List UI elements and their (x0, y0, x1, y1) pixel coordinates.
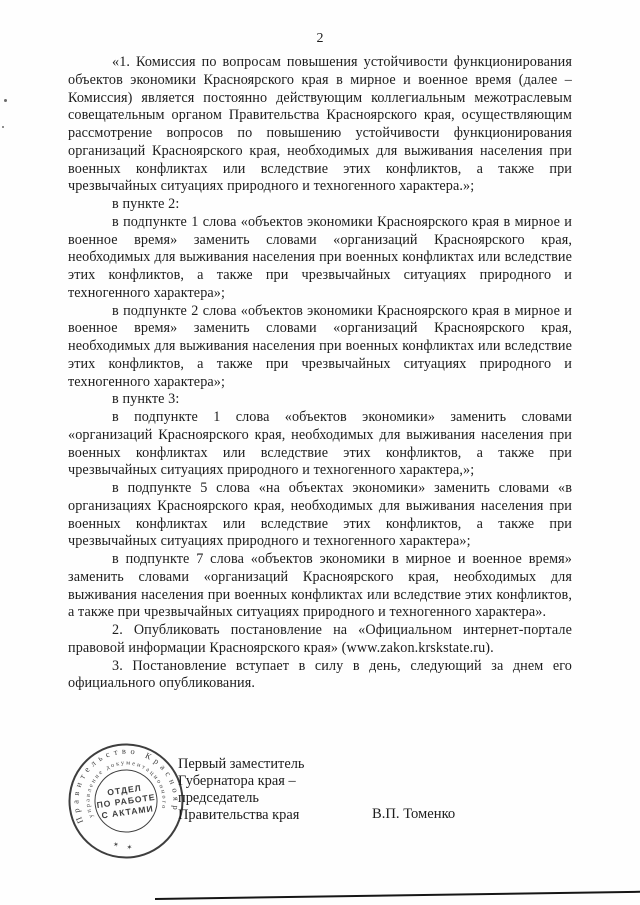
stamp-seal-icon: Правительство Красноярского края управле… (66, 741, 186, 861)
signatory-title-line: Первый заместитель (178, 756, 304, 773)
paragraph: в пункте 3: (68, 391, 572, 409)
page-number: 2 (0, 31, 640, 47)
scan-fold-line (155, 891, 640, 900)
paragraph: в подпункте 1 слова «объектов экономики»… (68, 409, 572, 480)
scan-speck (2, 126, 4, 128)
paragraph: 3. Постановление вступает в силу в день,… (68, 658, 572, 694)
paragraph: «1. Комиссия по вопросам повышения устой… (68, 54, 572, 196)
paragraph: в подпункте 5 слова «на объектах экономи… (68, 480, 572, 551)
signatory-name: В.П. Томенко (372, 806, 455, 823)
paragraph: в подпункте 1 слова «объектов экономики … (68, 214, 572, 303)
paragraph: 2. Опубликовать постановление на «Официа… (68, 622, 572, 658)
paragraph: в подпункте 7 слова «объектов экономики … (68, 551, 572, 622)
document-body: «1. Комиссия по вопросам повышения устой… (68, 54, 572, 693)
paragraph: в пункте 2: (68, 196, 572, 214)
scan-speck (4, 99, 7, 102)
stamp-star-icon: ✶ (126, 843, 133, 852)
signatory-title-line: председатель (178, 790, 304, 807)
round-official-stamp: Правительство Красноярского края управле… (66, 741, 186, 861)
paragraph: в подпункте 2 слова «объектов экономики … (68, 303, 572, 392)
signatory-title-line: Правительства края (178, 807, 304, 824)
signatory-title-line: Губернатора края – (178, 773, 304, 790)
signatory-title: Первый заместитель Губернатора края – пр… (178, 756, 304, 824)
scanned-document-page: 2 «1. Комиссия по вопросам повышения уст… (0, 0, 640, 905)
stamp-star-icon: ✶ (113, 840, 120, 849)
